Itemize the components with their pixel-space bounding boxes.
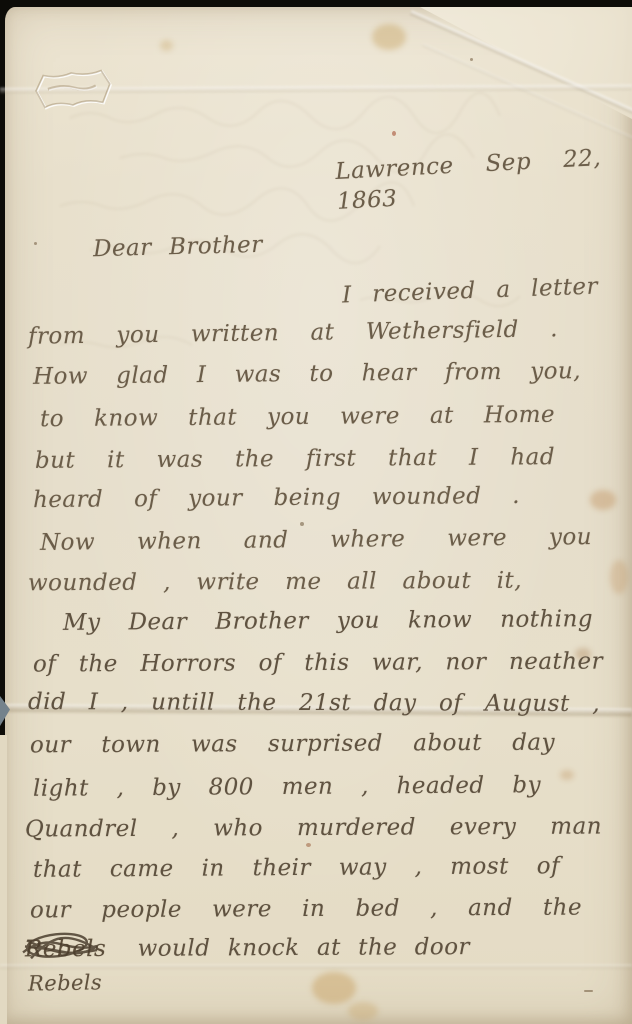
speck xyxy=(306,843,311,847)
pen-dash xyxy=(584,990,593,992)
stain xyxy=(590,490,616,510)
salutation: Dear Brother xyxy=(93,230,263,264)
letter-line: our town was surprised about day xyxy=(30,728,555,761)
letter-line: but it was the first that I had xyxy=(35,442,555,476)
scribble-icon xyxy=(19,930,105,966)
speck xyxy=(470,58,473,61)
scratched-out-word: Rebels xyxy=(25,934,106,964)
letter-line: My Dear Brother you know nothing xyxy=(63,604,593,638)
letter-line-text: would knock at the door xyxy=(138,934,470,962)
letter-line: to know that you were at Home xyxy=(40,400,555,434)
speck xyxy=(34,242,37,245)
stain xyxy=(312,972,356,1004)
letter-line: Quandrel , who murdered every man xyxy=(25,811,602,844)
letter-line-struck: Rebels would knock at the door xyxy=(25,932,560,965)
stain xyxy=(610,560,628,594)
letter-line: heard of your being wounded . xyxy=(33,481,520,515)
letter-line: wounded , write me all about it, xyxy=(28,566,522,599)
letter-line: light , by 800 men , headed by xyxy=(33,770,541,804)
margin-note: Rebels xyxy=(28,967,103,998)
stain xyxy=(372,24,406,50)
letter-line: that came in their way , most of xyxy=(33,851,560,885)
letter-line: did I , untill the 21st day of August , xyxy=(28,687,600,719)
letter-line: our people were in bed , and the xyxy=(30,893,582,926)
letter-line: of the Horrors of this war, nor neather xyxy=(33,647,603,680)
letter-scan: Lawrence Sep 22, 1863 Dear Brother I rec… xyxy=(0,0,632,1024)
stain xyxy=(560,770,574,780)
stain xyxy=(160,40,173,51)
stain xyxy=(348,1002,378,1020)
letter-line: How glad I was to hear from you, xyxy=(33,356,581,392)
speck xyxy=(392,131,396,136)
letter-line: Now when and where were you xyxy=(40,522,592,558)
